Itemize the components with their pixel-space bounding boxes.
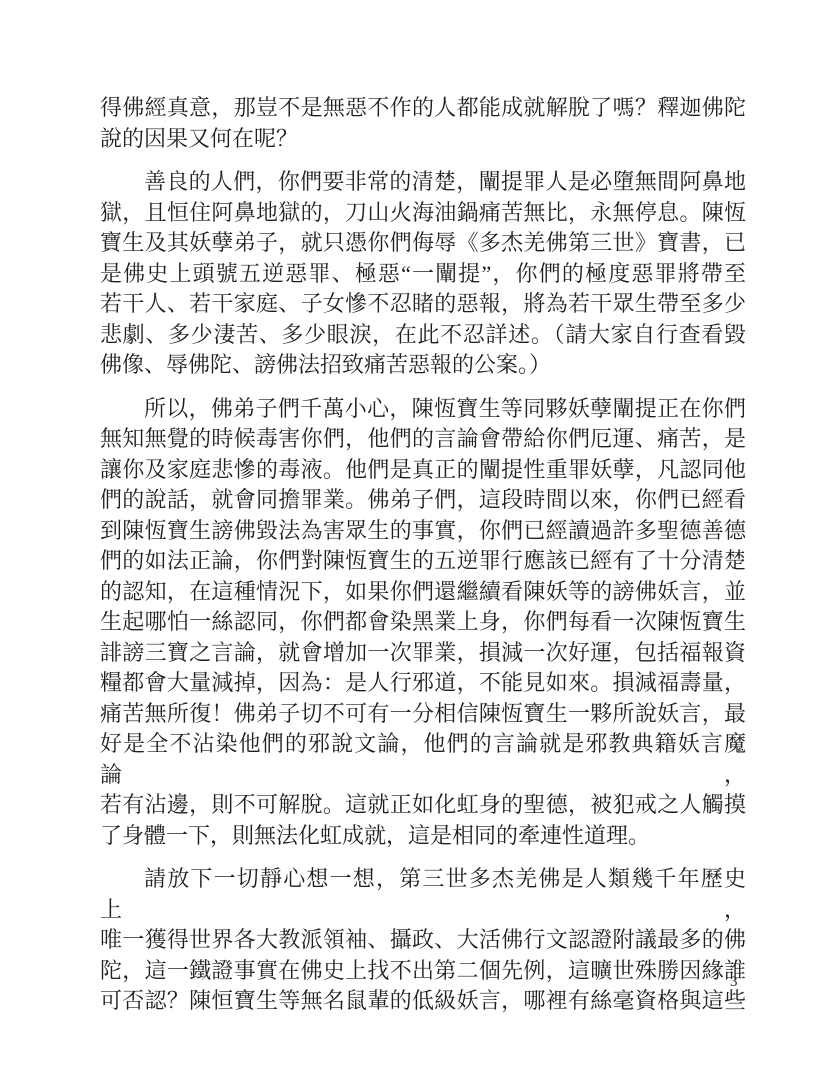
text-line: 獄，且恒住阿鼻地獄的，刀山火海油鍋痛苦無比，永無停息。陳恆 [100, 198, 746, 229]
page-number: 3 [730, 974, 738, 991]
text-line: 悲劇、多少淒苦、多少眼淚，在此不忍詳述。（請大家自行查看毀 [100, 320, 746, 351]
document-page: 得佛經真意，那豈不是無惡不作的人都能成就解脫了嗎？釋迦佛陀說的因果又何在呢？善良… [0, 0, 840, 1087]
text-line: 糧都會大量減掉，因為：是人行邪道，不能見如來。損減福壽量， [100, 668, 746, 699]
text-line: 若干人、若干家庭、子女慘不忍睹的惡報，將為若干眾生帶至多少 [100, 289, 746, 320]
text-line: 誹謗三寶之言論，就會增加一次罪業，損減一次好運，包括福報資 [100, 638, 746, 669]
text-line: 若有沾邊，則不可解脫。這就正如化虹身的聖德，被犯戒之人觸摸 [100, 790, 746, 821]
text-line: 陀，這一鐵證事實在佛史上找不出第二個先例，這曠世殊勝因緣誰 [100, 956, 746, 987]
paragraph: 善良的人們，你們要非常的清楚，闡提罪人是必墮無間阿鼻地獄，且恒住阿鼻地獄的，刀山… [100, 167, 746, 381]
text-line: 善良的人們，你們要非常的清楚，闡提罪人是必墮無間阿鼻地 [100, 167, 746, 198]
text-line: 到陳恆寶生謗佛毀法為害眾生的事實，你們已經讀過許多聖德善德 [100, 516, 746, 547]
text-body: 得佛經真意，那豈不是無惡不作的人都能成就解脫了嗎？釋迦佛陀說的因果又何在呢？善良… [100, 93, 746, 1030]
text-line: 唯一獲得世界各大教派領袖、攝政、大活佛行文認證附議最多的佛 [100, 925, 746, 956]
paragraph: 得佛經真意，那豈不是無惡不作的人都能成就解脫了嗎？釋迦佛陀說的因果又何在呢？ [100, 93, 746, 154]
paragraph: 請放下一切靜心想一想，第三世多杰羌佛是人類幾千年歷史上，唯一獲得世界各大教派領袖… [100, 864, 746, 1017]
text-line: 是佛史上頭號五逆惡罪、極惡“一闡提”，你們的極度惡罪將帶至 [100, 259, 746, 290]
text-line: 痛苦無所復！佛弟子切不可有一分相信陳恆寶生一夥所說妖言，最 [100, 699, 746, 730]
text-line: 的認知，在這種情況下，如果你們還繼續看陳妖等的謗佛妖言，並 [100, 577, 746, 608]
text-line: 寶生及其妖孽弟子，就只憑你們侮辱《多杰羌佛第三世》寶書，已 [100, 228, 746, 259]
text-line: 們的說話，就會同擔罪業。佛弟子們，這段時間以來，你們已經看 [100, 485, 746, 516]
text-line: 可否認？陳恒寶生等無名鼠輩的低級妖言，哪裡有絲毫資格與這些 [100, 986, 746, 1017]
text-line: 佛像、辱佛陀、謗佛法招致痛苦惡報的公案。） [100, 350, 746, 381]
text-line: 好是全不沾染他們的邪說文論，他們的言論就是邪教典籍妖言魔論， [100, 729, 746, 790]
text-line: 無知無覺的時候毒害你們，他們的言論會帶給你們厄運、痛苦，是 [100, 424, 746, 455]
text-line: 請放下一切靜心想一想，第三世多杰羌佛是人類幾千年歷史上， [100, 864, 746, 925]
paragraph: 所以，佛弟子們千萬小心，陳恆寶生等同夥妖孽闡提正在你們無知無覺的時候毒害你們，他… [100, 394, 746, 852]
text-line: 說的因果又何在呢？ [100, 124, 746, 155]
text-line: 讓你及家庭悲慘的毒液。他們是真正的闡提性重罪妖孽，凡認同他 [100, 455, 746, 486]
text-line: 了身體一下，則無法化虹成就，這是相同的牽連性道理。 [100, 821, 746, 852]
text-line: 得佛經真意，那豈不是無惡不作的人都能成就解脫了嗎？釋迦佛陀 [100, 93, 746, 124]
text-line: 們的如法正論，你們對陳恆寶生的五逆罪行應該已經有了十分清楚 [100, 546, 746, 577]
text-line: 生起哪怕一絲認同，你們都會染黑業上身，你們每看一次陳恆寶生 [100, 607, 746, 638]
text-line: 所以，佛弟子們千萬小心，陳恆寶生等同夥妖孽闡提正在你們 [100, 394, 746, 425]
